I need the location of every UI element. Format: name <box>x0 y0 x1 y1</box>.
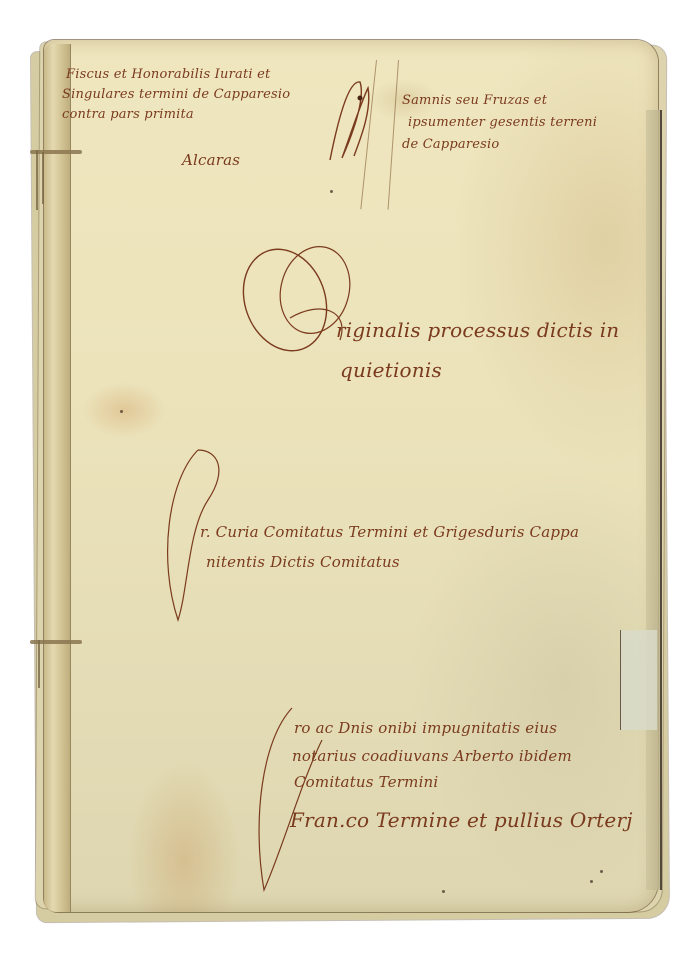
top-left-note-line-1: Fiscus et Honorabilis Iurati et <box>66 66 270 83</box>
ink-speck <box>590 880 593 883</box>
ink-speck <box>442 890 445 893</box>
title-line-2: quietionis <box>340 358 442 382</box>
top-left-note-line-2: Singulares termini de Capparesio <box>62 86 290 103</box>
manuscript-photo: Fiscus et Honorabilis Iurati et Singular… <box>0 0 700 958</box>
top-right-note-line-3: de Capparesio <box>402 136 499 153</box>
page-edge-stack <box>646 110 662 890</box>
binding-thread <box>38 640 40 688</box>
bottom-note-line-3: Comitatus Termini <box>294 772 438 792</box>
middle-note-line-1: r. Curia Comitatus Termini et Grigesduri… <box>200 522 579 542</box>
bottom-note-line-1: ro ac Dnis onibi impugnitatis eius <box>294 718 557 738</box>
ink-speck <box>120 410 123 413</box>
ink-speck <box>330 190 333 193</box>
top-right-note-line-2: ipsumenter gesentis terreni <box>408 114 597 131</box>
binding-thread <box>36 150 38 210</box>
top-left-signature: Alcaras <box>182 150 240 170</box>
bottom-note-line-2: notarius coadiuvans Arberto ibidem <box>292 746 572 766</box>
torn-edge <box>620 630 657 730</box>
binding-spine <box>44 44 71 912</box>
top-left-note-line-3: contra pars primita <box>62 106 194 123</box>
middle-note-line-2: nitentis Dictis Comitatus <box>206 552 400 572</box>
top-right-note-line-1: Samnis seu Fruzas et <box>402 92 547 109</box>
binding-thread <box>42 152 44 204</box>
bottom-signature: Fran.co Termine et pullius Orterj <box>290 808 633 832</box>
title-line-1: riginalis processus dictis in <box>336 318 619 342</box>
ink-speck <box>600 870 603 873</box>
